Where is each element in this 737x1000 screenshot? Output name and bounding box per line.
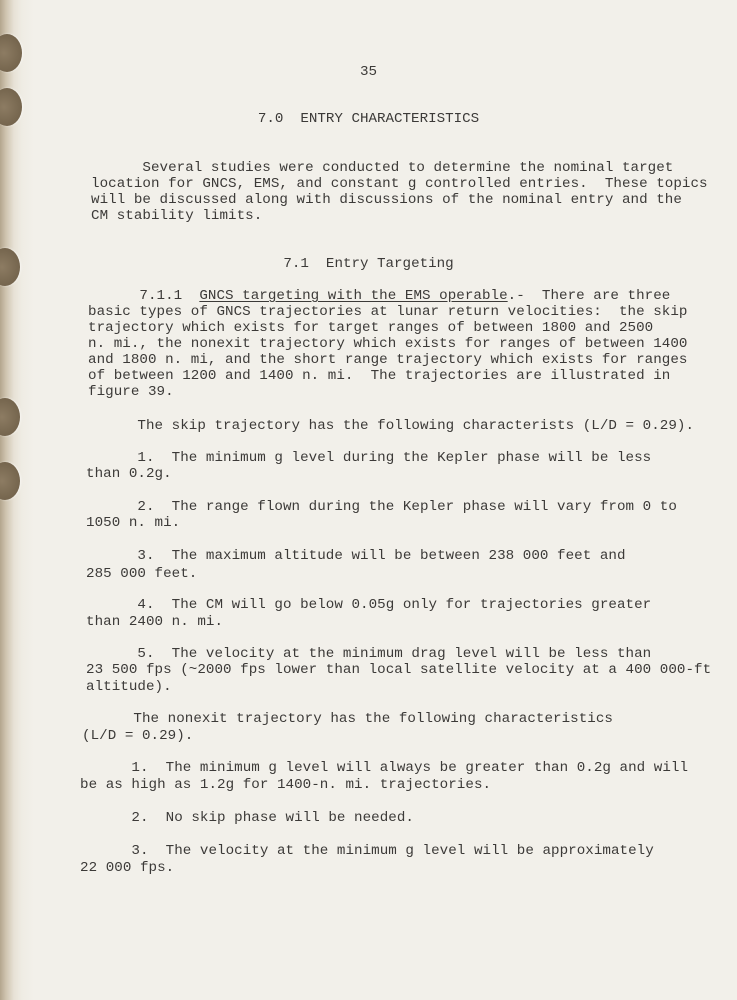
text-line: 22 000 fps. [80, 860, 174, 876]
text-line: will be discussed along with discussions… [91, 192, 682, 208]
text-line: figure 39. [88, 384, 174, 400]
text-line: 285 000 feet. [86, 566, 197, 582]
text-line: basic types of GNCS trajectories at luna… [88, 304, 687, 320]
text-line: altitude). [86, 679, 172, 695]
text-line: Several studies were conducted to determ… [91, 160, 673, 176]
text-line: 2. The range flown during the Kepler pha… [86, 499, 677, 515]
text-line: location for GNCS, EMS, and constant g c… [91, 176, 708, 192]
text-line: CM stability limits. [91, 208, 262, 224]
page-number: 35 [0, 64, 737, 80]
text-line: (L/D = 0.29). [82, 728, 193, 744]
text-line: trajectory which exists for target range… [88, 320, 653, 336]
text-line: 2. No skip phase will be needed. [80, 810, 414, 826]
text-line: 4. The CM will go below 0.05g only for t… [86, 597, 651, 613]
subsection-heading: 7.1 Entry Targeting [0, 256, 737, 272]
text-line: be as high as 1.2g for 1400-n. mi. traje… [80, 777, 491, 793]
text-line: 23 500 fps (~2000 fps lower than local s… [86, 662, 711, 678]
binder-hole-5 [0, 462, 20, 500]
text-line: The nonexit trajectory has the following… [82, 711, 613, 727]
skip-trajectory-intro: The skip trajectory has the following ch… [86, 418, 694, 434]
subsubsection-title: GNCS targeting with the EMS operable [199, 288, 507, 304]
text-line: 1. The minimum g level during the Kepler… [86, 450, 651, 466]
text-line: than 2400 n. mi. [86, 614, 223, 630]
subsubsection-number: 7.1.1 [88, 288, 199, 304]
text-line: and 1800 n. mi, and the short range traj… [88, 352, 687, 368]
text-line: 1. The minimum g level will always be gr… [80, 760, 688, 776]
subsubsection-first-line: 7.1.1 GNCS targeting with the EMS operab… [88, 288, 670, 304]
text-line: 1050 n. mi. [86, 515, 180, 531]
subsubsection-title-suffix: .- There are three [508, 288, 671, 304]
section-heading: 7.0 ENTRY CHARACTERISTICS [0, 111, 737, 127]
binder-hole-4 [0, 398, 20, 436]
text-line: of between 1200 and 1400 n. mi. The traj… [88, 368, 670, 384]
document-page: 35 7.0 ENTRY CHARACTERISTICS Several stu… [0, 0, 737, 1000]
text-line: n. mi., the nonexit trajectory which exi… [88, 336, 687, 352]
text-line: 3. The maximum altitude will be between … [86, 548, 626, 564]
text-line: 5. The velocity at the minimum drag leve… [86, 646, 651, 662]
text-line: than 0.2g. [86, 466, 172, 482]
text-line: 3. The velocity at the minimum g level w… [80, 843, 654, 859]
